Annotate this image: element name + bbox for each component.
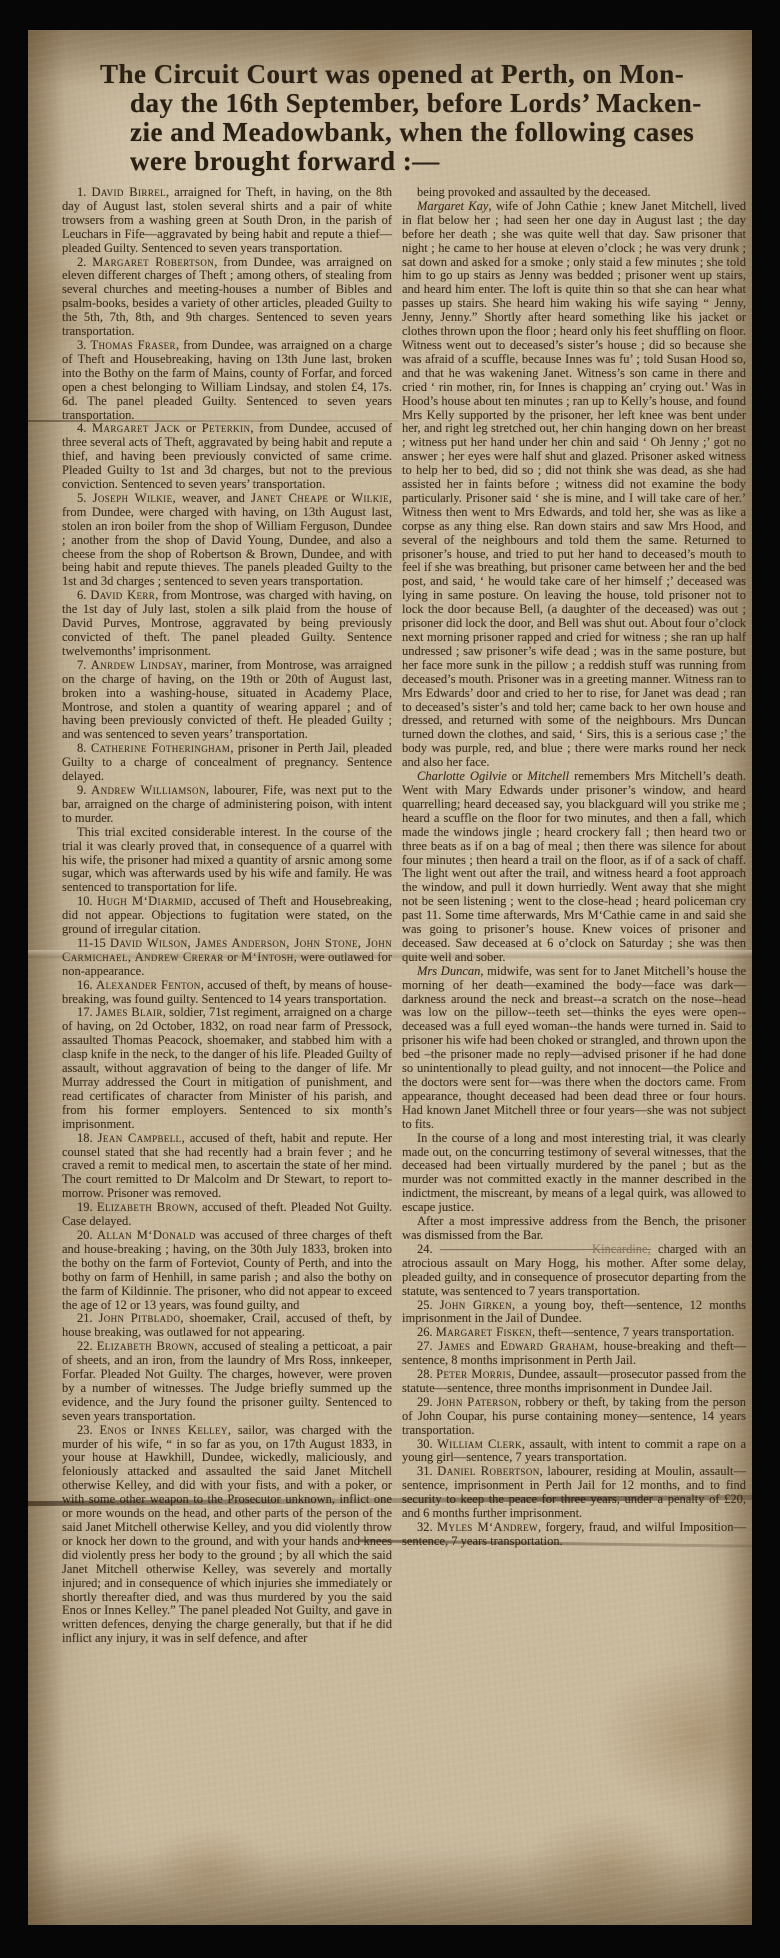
- body-text: 9.: [77, 783, 91, 797]
- body-text: 26.: [417, 1325, 436, 1339]
- obscured-text: ————— —————— Kincardine,: [440, 1242, 651, 1256]
- defendant-name: John Pitblado: [98, 1311, 180, 1325]
- case-paragraph: 8. Catherine Fotheringham, prisoner in P…: [62, 742, 392, 784]
- defendant-name: Wilkie: [351, 491, 389, 505]
- defendant-name: David Kerr: [90, 588, 155, 602]
- body-text: 28.: [417, 1367, 436, 1381]
- case-paragraph: This trial excited considerable interest…: [62, 826, 392, 896]
- case-paragraph: 20. Allan M‘Donald was accused of three …: [62, 1229, 392, 1312]
- body-text: 7.: [77, 658, 91, 672]
- case-paragraph: 3. Thomas Fraser, from Dundee, was arrai…: [62, 339, 392, 422]
- body-text: 29.: [417, 1395, 437, 1409]
- case-paragraph: 31. Daniel Robertson, labourer, residing…: [402, 1465, 746, 1521]
- defendant-name: Thomas Fraser: [91, 338, 176, 352]
- case-paragraph: 16. Alexander Fenton, accused of theft, …: [62, 979, 392, 1007]
- case-paragraph: 1. David Birrel, arraigned for Theft, in…: [62, 186, 392, 256]
- body-text: 21.: [77, 1311, 98, 1325]
- case-paragraph: 29. John Paterson, robbery or theft, by …: [402, 1396, 746, 1438]
- defendant-name: Edward Graham: [500, 1339, 594, 1353]
- body-text: 30.: [417, 1437, 437, 1451]
- defendant-name: Enos: [100, 1423, 127, 1437]
- defendant-name: Myles M‘Andrew: [437, 1520, 538, 1534]
- defendant-name: David Birrel: [91, 185, 166, 199]
- body-text: 3.: [77, 338, 91, 352]
- case-paragraph: 5. Joseph Wilkie, weaver, and Janet Chea…: [62, 492, 392, 589]
- body-text: 6.: [77, 588, 90, 602]
- case-paragraph: 19. Elizabeth Brown, accused of theft. P…: [62, 1201, 392, 1229]
- defendant-name: Margaret Jack: [92, 421, 180, 435]
- defendant-name: Hugh M‘Diarmid: [97, 894, 193, 908]
- case-paragraph: Margaret Kay, wife of John Cathie ; knew…: [402, 200, 746, 770]
- body-text: 16.: [77, 978, 96, 992]
- case-paragraph: 9. Andrew Williamson, labourer, Fife, wa…: [62, 784, 392, 826]
- body-text: After a most impressive address from the…: [402, 1214, 746, 1242]
- headline: The Circuit Court was opened at Perth, o…: [28, 60, 752, 176]
- body-text: , weaver, and: [172, 491, 251, 505]
- case-paragraph: In the course of a long and most interes…: [402, 1132, 746, 1215]
- case-paragraph: 24. ————— —————— Kincardine, charged wit…: [402, 1243, 746, 1299]
- defendant-name: Peter Morris: [436, 1367, 511, 1381]
- defendant-name: Margaret Fisken: [436, 1325, 532, 1339]
- defendant-name: Elizabeth Brown: [97, 1339, 195, 1353]
- defendant-name: James Blair: [96, 1005, 163, 1019]
- case-paragraph: 27. James and Edward Graham, house-break…: [402, 1340, 746, 1368]
- body-text: 18.: [77, 1131, 98, 1145]
- body-text: In the course of a long and most interes…: [402, 1131, 746, 1215]
- defendant-name: Andrew Williamson: [91, 783, 206, 797]
- body-text: being provoked and assaulted by the dece…: [417, 185, 651, 199]
- body-text: 19.: [77, 1200, 97, 1214]
- defendant-name: Allan M‘Donald: [97, 1228, 196, 1242]
- case-paragraph: 26. Margaret Fisken, theft—sentence, 7 y…: [402, 1326, 746, 1340]
- body-text: 24.: [417, 1242, 440, 1256]
- body-text: 1.: [77, 185, 91, 199]
- case-paragraph: being provoked and assaulted by the dece…: [402, 186, 746, 200]
- headline-line-3: zie and Meadowbank, when the following c…: [130, 118, 752, 147]
- headline-line-1: The Circuit Court was opened at Perth, o…: [100, 60, 752, 89]
- body-text: 27.: [417, 1339, 439, 1353]
- body-text: , soldier, 71st regiment, arraigned on a…: [62, 1005, 392, 1130]
- body-text: remembers Mrs Mitchell’s death. Went wit…: [402, 769, 746, 964]
- case-paragraph: 4. Margaret Jack or Peterkin, from Dunde…: [62, 422, 392, 492]
- photo-background: The Circuit Court was opened at Perth, o…: [0, 0, 780, 1958]
- case-paragraph: 28. Peter Morris, Dundee, assault—prosec…: [402, 1368, 746, 1396]
- body-text: , sailor, was charged with the murder of…: [62, 1423, 392, 1646]
- defendant-name: Alexander Fenton: [96, 978, 201, 992]
- body-text: 10.: [77, 894, 97, 908]
- defendant-name: John Paterson: [437, 1395, 518, 1409]
- body-text: or: [127, 1423, 151, 1437]
- body-text: or: [507, 769, 528, 783]
- body-text: 17.: [77, 1005, 96, 1019]
- witness-name: Mitchell: [527, 769, 569, 783]
- defendant-name: Jean Campbell: [98, 1131, 182, 1145]
- body-text: 22.: [77, 1339, 97, 1353]
- body-text: , midwife, was sent for to Janet Mitchel…: [402, 964, 746, 1131]
- body-text: 2.: [77, 255, 92, 269]
- case-paragraph: 25. John Girken, a young boy, theft—sent…: [402, 1299, 746, 1327]
- body-text: or: [180, 421, 202, 435]
- body-text: 8.: [77, 741, 91, 755]
- witness-name: Margaret Kay: [417, 199, 488, 213]
- body-text: or: [224, 950, 241, 964]
- case-paragraph: Charlotte Ogilvie or Mitchell remembers …: [402, 770, 746, 965]
- case-paragraph: 10. Hugh M‘Diarmid, accused of Theft and…: [62, 895, 392, 937]
- body-text: 20.: [77, 1228, 97, 1242]
- left-column: 1. David Birrel, arraigned for Theft, in…: [62, 186, 392, 1646]
- defendant-name: Daniel Robertson: [437, 1464, 539, 1478]
- case-paragraph: 21. John Pitblado, shoemaker, Crail, acc…: [62, 1312, 392, 1340]
- body-text: 4.: [77, 421, 92, 435]
- body-text: 5.: [77, 491, 93, 505]
- defendant-name: Innes Kelley: [151, 1423, 228, 1437]
- case-paragraph: 18. Jean Campbell, accused of theft, hab…: [62, 1132, 392, 1202]
- body-text: , wife of John Cathie ; knew Janet Mitch…: [402, 199, 746, 769]
- document-paper: The Circuit Court was opened at Perth, o…: [28, 30, 752, 1925]
- case-paragraph: 23. Enos or Innes Kelley, sailor, was ch…: [62, 1424, 392, 1647]
- body-text: and: [470, 1339, 500, 1353]
- case-paragraph: Mrs Duncan, midwife, was sent for to Jan…: [402, 965, 746, 1132]
- witness-name: Charlotte Ogilvie: [417, 769, 507, 783]
- defendant-name: Anrdew Lindsay: [91, 658, 184, 672]
- case-paragraph: 7. Anrdew Lindsay, mariner, from Montros…: [62, 659, 392, 742]
- defendant-name: Margaret Robertson: [92, 255, 214, 269]
- defendant-name: Peterkin: [202, 421, 251, 435]
- case-paragraph: After a most impressive address from the…: [402, 1215, 746, 1243]
- defendant-name: Catherine Fotheringham: [91, 741, 231, 755]
- defendant-name: John Girken: [440, 1298, 512, 1312]
- defendant-name: William Clerk: [437, 1437, 522, 1451]
- defendant-name: James: [439, 1339, 471, 1353]
- case-paragraph: 2. Margaret Robertson, from Dundee, was …: [62, 256, 392, 339]
- case-paragraph: 30. William Clerk, assault, with intent …: [402, 1438, 746, 1466]
- case-paragraph: 32. Myles M‘Andrew, forgery, fraud, and …: [402, 1521, 746, 1549]
- case-paragraph: 22. Elizabeth Brown, accused of stealing…: [62, 1340, 392, 1423]
- defendant-name: Joseph Wilkie: [93, 491, 173, 505]
- body-text: 32.: [417, 1520, 437, 1534]
- body-text: 23.: [77, 1423, 100, 1437]
- headline-line-2: day the 16th September, before Lords’ Ma…: [130, 89, 752, 118]
- witness-name: Mrs Duncan: [417, 964, 480, 978]
- case-paragraph: 11-15 David Wilson, James Anderson, John…: [62, 937, 392, 979]
- body-text: , theft—sentence, 7 years transportation…: [532, 1325, 734, 1339]
- body-text: 25.: [417, 1298, 440, 1312]
- defendant-name: Elizabeth Brown: [97, 1200, 195, 1214]
- body-text: This trial excited considerable interest…: [62, 825, 392, 895]
- defendant-name: Janet Cheape: [251, 491, 328, 505]
- body-text: , from Dundee, were charged with having,…: [62, 491, 392, 588]
- body-text: 31.: [417, 1464, 437, 1478]
- right-column: being provoked and assaulted by the dece…: [402, 186, 746, 1549]
- case-paragraph: 17. James Blair, soldier, 71st regiment,…: [62, 1006, 392, 1131]
- body-text: or: [328, 491, 351, 505]
- case-paragraph: 6. David Kerr, from Montrose, was charge…: [62, 589, 392, 659]
- headline-line-4: were brought forward :—: [130, 147, 752, 176]
- body-text: 11-15: [77, 936, 110, 950]
- defendant-name: M‘Intosh: [241, 950, 293, 964]
